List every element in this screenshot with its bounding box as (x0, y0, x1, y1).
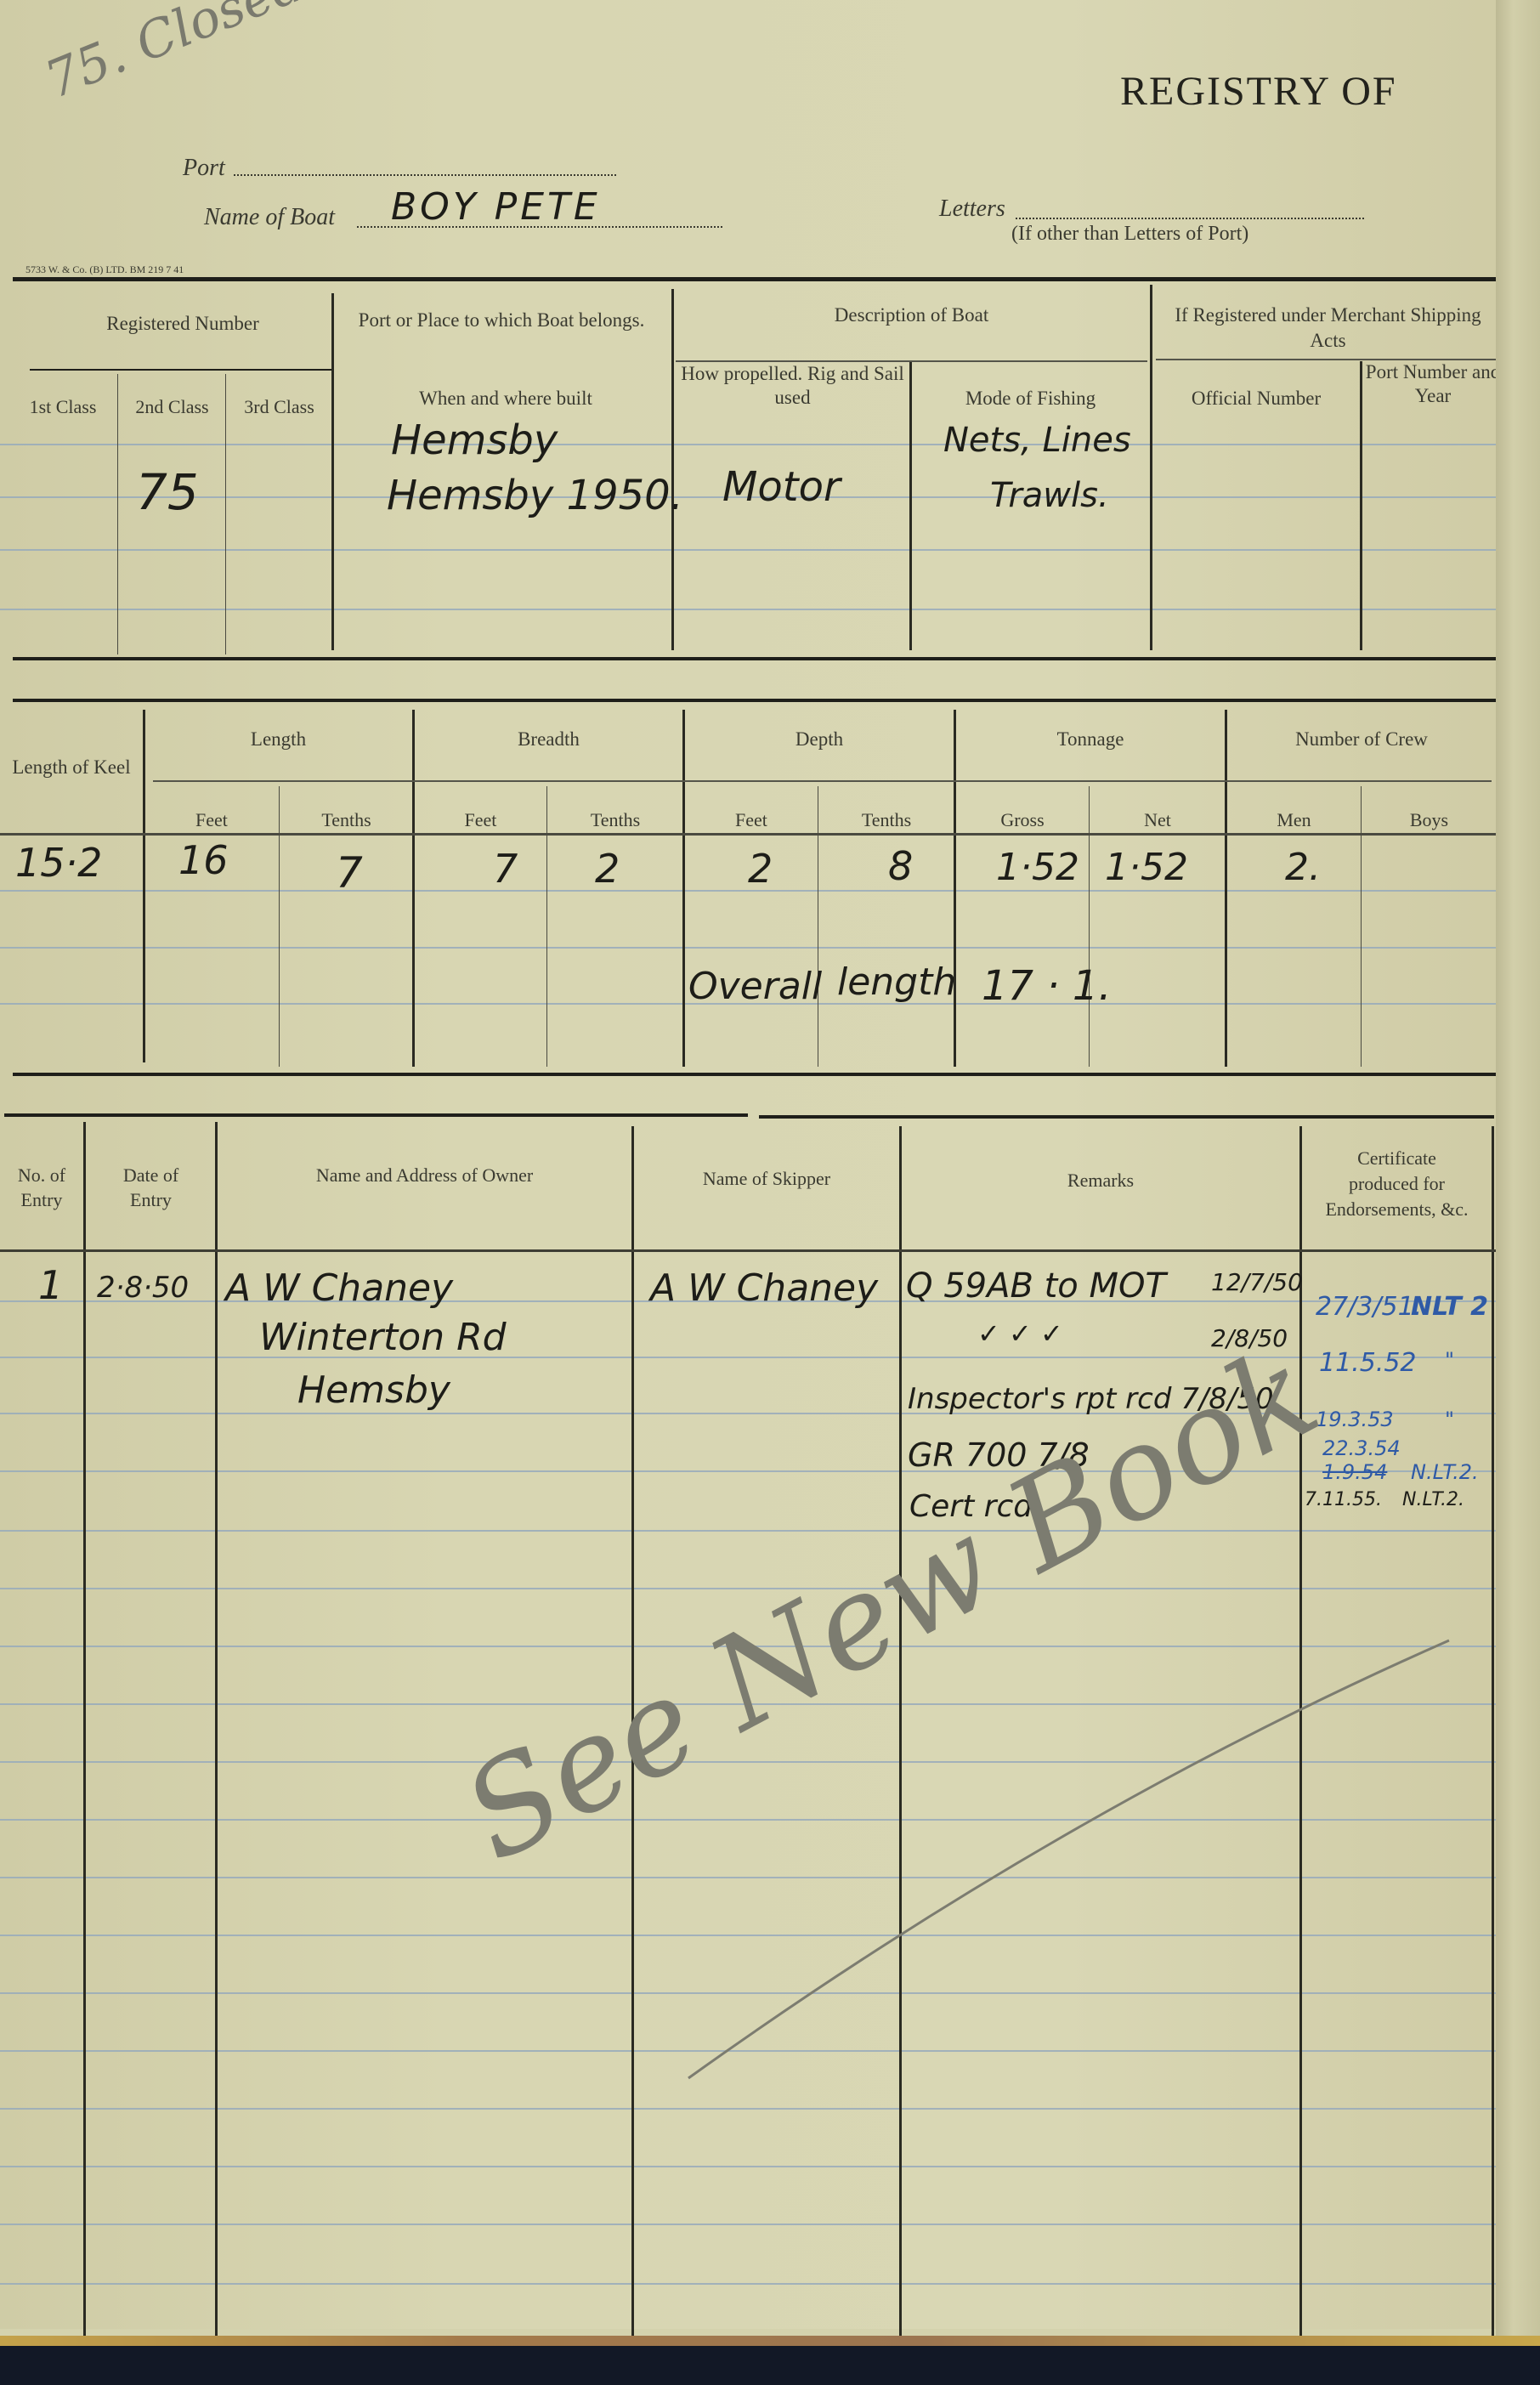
page-edge (1496, 0, 1540, 2385)
book-cover (0, 2346, 1540, 2385)
registry-page: 75. Closed 1941 REGISTRY OF Port Name of… (0, 0, 1521, 2329)
pencil-strike-line (0, 0, 1521, 2329)
